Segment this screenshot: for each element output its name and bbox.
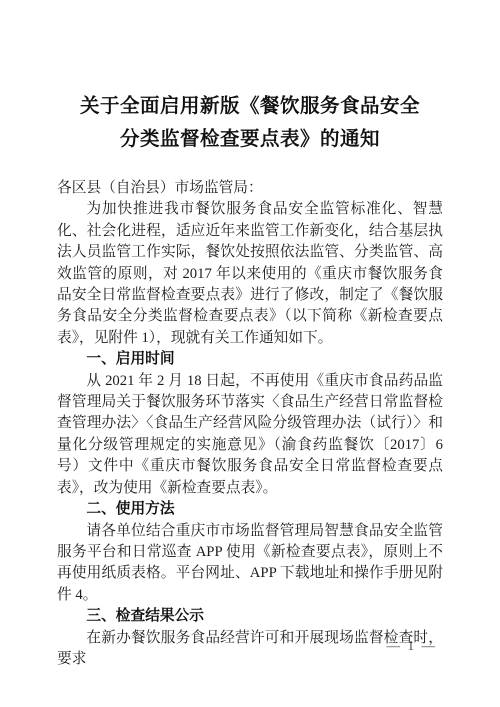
document-body: 各区县（自治县）市场监管局： 为加快推进我市餐饮服务食品安全监管标准化、智慧化、… [57,178,443,670]
section-2-heading: 二、使用方法 [57,499,443,520]
section-1-body: 从 2021 年 2 月 18 日起，不再使用《重庆市食品药品监督管理局关于餐饮… [57,371,443,499]
title-line-1: 关于全面启用新版《餐饮服务食品安全 [57,90,443,123]
section-3-body: 在新办餐饮服务食品经营许可和开展现场监督检查时，要求 [57,628,443,671]
section-2-body: 请各单位结合重庆市市场监督管理局智慧食品安全监管服务平台和日常巡查 APP 使用… [57,521,443,607]
intro-paragraph: 为加快推进我市餐饮服务食品安全监管标准化、智慧化、社会化进程，适应近年来监管工作… [57,199,443,349]
page-number: — 1 — [387,638,438,654]
document-page: 关于全面启用新版《餐饮服务食品安全 分类监督检查要点表》的通知 各区县（自治县）… [0,0,500,707]
title-line-2: 分类监督检查要点表》的通知 [57,123,443,156]
salutation: 各区县（自治县）市场监管局： [57,178,443,199]
section-1-heading: 一、启用时间 [57,349,443,370]
section-3-heading: 三、检查结果公示 [57,606,443,627]
document-title: 关于全面启用新版《餐饮服务食品安全 分类监督检查要点表》的通知 [57,90,443,156]
